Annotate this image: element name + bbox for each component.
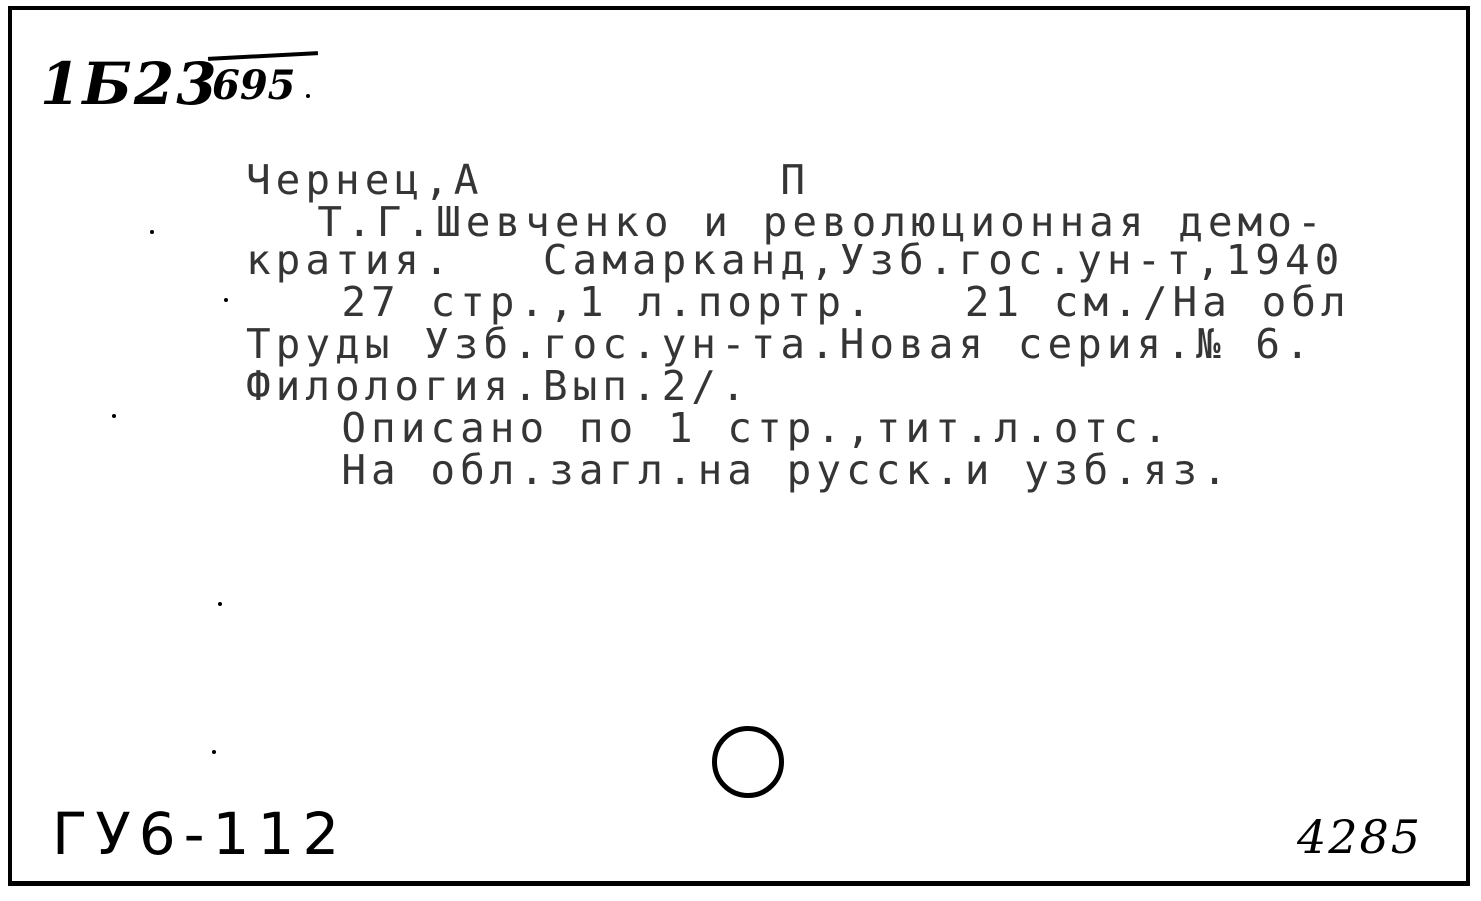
series-line-2: Филология.Вып.2/. bbox=[246, 366, 751, 407]
note-line-2: На обл.загл.на русск.и узб.яз. bbox=[282, 450, 1232, 491]
series-line: Труды Узб.гос.ун-та.Новая серия.№ 6. bbox=[246, 324, 1315, 365]
speck bbox=[224, 298, 228, 302]
call-number-fraction: 695 bbox=[208, 54, 318, 109]
call-number: 1Б23 bbox=[40, 50, 219, 118]
shelf-mark: ГУ6-112 bbox=[52, 800, 347, 868]
fraction-bar bbox=[208, 51, 318, 61]
speck bbox=[150, 230, 154, 234]
call-number-denominator: 695 bbox=[212, 62, 318, 109]
title-line-2: кратия. Самарканд,Узб.гос.ун-т,1940 bbox=[246, 240, 1344, 281]
speck bbox=[112, 414, 116, 418]
physical-description: 27 стр.,1 л.портр. 21 см./На обл bbox=[282, 282, 1351, 323]
punch-hole-icon bbox=[712, 726, 784, 798]
catalog-card: 1Б23 695 Чернец,А П Т.Г.Шевченко и револ… bbox=[8, 6, 1470, 886]
speck bbox=[212, 750, 216, 754]
speck bbox=[218, 602, 222, 606]
inventory-number: 4285 bbox=[1297, 810, 1422, 864]
note-line-1: Описано по 1 стр.,тит.л.отс. bbox=[282, 408, 1173, 449]
speck bbox=[306, 94, 310, 98]
author-heading: Чернец,А П bbox=[246, 160, 810, 201]
